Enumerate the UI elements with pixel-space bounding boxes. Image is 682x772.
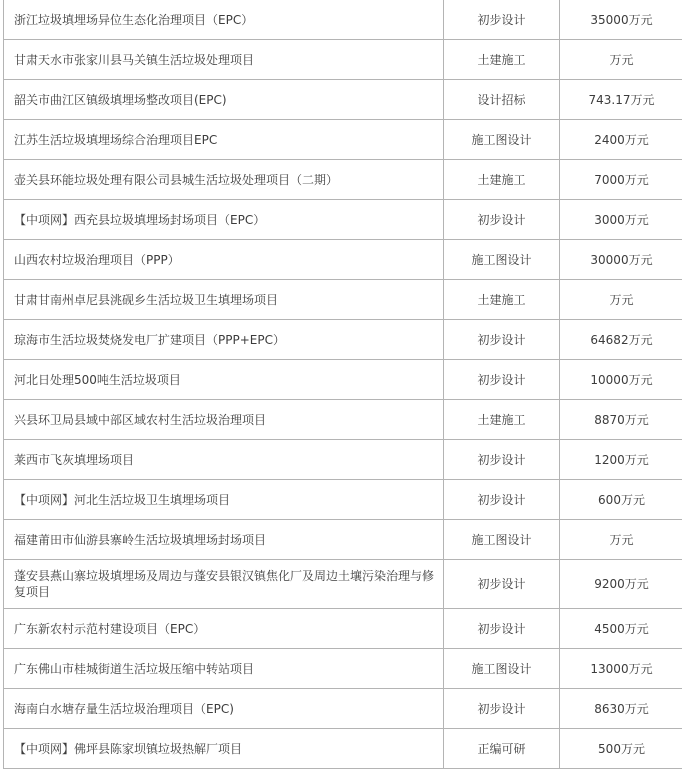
project-name-cell: 韶关市曲江区镇级填埋场整改项目(EPC)	[4, 80, 444, 120]
table-row: 广东佛山市桂城街道生活垃圾压缩中转站项目 施工图设计 13000万元	[4, 649, 682, 689]
project-stage-cell: 正编可研	[444, 729, 560, 769]
project-stage-cell: 土建施工	[444, 400, 560, 440]
project-stage-cell: 初步设计	[444, 0, 560, 40]
table-row: 山西农村垃圾治理项目（PPP） 施工图设计 30000万元	[4, 240, 682, 280]
project-amount-cell: 1200万元	[560, 440, 682, 480]
project-stage-cell: 土建施工	[444, 40, 560, 80]
table-row: 【中项网】河北生活垃圾卫生填埋场项目 初步设计 600万元	[4, 480, 682, 520]
table-row: 甘肃天水市张家川县马关镇生活垃圾处理项目 土建施工 万元	[4, 40, 682, 80]
project-amount-cell: 743.17万元	[560, 80, 682, 120]
project-amount-cell: 64682万元	[560, 320, 682, 360]
table-row: 福建莆田市仙游县寨岭生活垃圾填埋场封场项目 施工图设计 万元	[4, 520, 682, 560]
project-name-cell: 广东佛山市桂城街道生活垃圾压缩中转站项目	[4, 649, 444, 689]
project-name-cell: 广东新农村示范村建设项目（EPC）	[4, 609, 444, 649]
project-amount-cell: 万元	[560, 280, 682, 320]
table-row: 海南白水塘存量生活垃圾治理项目（EPC) 初步设计 8630万元	[4, 689, 682, 729]
project-stage-cell: 土建施工	[444, 160, 560, 200]
project-name-cell: 甘肃天水市张家川县马关镇生活垃圾处理项目	[4, 40, 444, 80]
table-row: 浙江垃圾填埋场异位生态化治理项目（EPC） 初步设计 35000万元	[4, 0, 682, 40]
project-table: 浙江垃圾填埋场异位生态化治理项目（EPC） 初步设计 35000万元 甘肃天水市…	[3, 0, 682, 769]
project-amount-cell: 万元	[560, 520, 682, 560]
project-name-cell: 福建莆田市仙游县寨岭生活垃圾填埋场封场项目	[4, 520, 444, 560]
project-stage-cell: 施工图设计	[444, 520, 560, 560]
project-stage-cell: 施工图设计	[444, 649, 560, 689]
project-amount-cell: 2400万元	[560, 120, 682, 160]
project-amount-cell: 7000万元	[560, 160, 682, 200]
project-name-cell: 莱西市飞灰填埋场项目	[4, 440, 444, 480]
project-amount-cell: 8870万元	[560, 400, 682, 440]
table-row: 江苏生活垃圾填埋场综合治理项目EPC 施工图设计 2400万元	[4, 120, 682, 160]
project-amount-cell: 万元	[560, 40, 682, 80]
table-row: 甘肃甘南州卓尼县洮砚乡生活垃圾卫生填埋场项目 土建施工 万元	[4, 280, 682, 320]
project-name-cell: 甘肃甘南州卓尼县洮砚乡生活垃圾卫生填埋场项目	[4, 280, 444, 320]
project-stage-cell: 施工图设计	[444, 240, 560, 280]
project-stage-cell: 初步设计	[444, 480, 560, 520]
table-row: 韶关市曲江区镇级填埋场整改项目(EPC) 设计招标 743.17万元	[4, 80, 682, 120]
project-name-cell: 山西农村垃圾治理项目（PPP）	[4, 240, 444, 280]
table-row: 兴县环卫局县域中部区域农村生活垃圾治理项目 土建施工 8870万元	[4, 400, 682, 440]
project-stage-cell: 初步设计	[444, 689, 560, 729]
project-amount-cell: 13000万元	[560, 649, 682, 689]
table-row: 琼海市生活垃圾焚烧发电厂扩建项目（PPP+EPC） 初步设计 64682万元	[4, 320, 682, 360]
project-name-cell: 浙江垃圾填埋场异位生态化治理项目（EPC）	[4, 0, 444, 40]
project-stage-cell: 初步设计	[444, 360, 560, 400]
project-stage-cell: 初步设计	[444, 200, 560, 240]
project-name-cell: 江苏生活垃圾填埋场综合治理项目EPC	[4, 120, 444, 160]
project-stage-cell: 初步设计	[444, 609, 560, 649]
project-stage-cell: 设计招标	[444, 80, 560, 120]
table-row: 【中项网】西充县垃圾填埋场封场项目（EPC） 初步设计 3000万元	[4, 200, 682, 240]
project-amount-cell: 600万元	[560, 480, 682, 520]
project-name-cell: 蓬安县燕山寨垃圾填埋场及周边与蓬安县银汉镇焦化厂及周边土壤污染治理与修复项目	[4, 560, 444, 609]
table-row: 壶关县环能垃圾处理有限公司县城生活垃圾处理项目（二期） 土建施工 7000万元	[4, 160, 682, 200]
project-name-cell: 河北日处理500吨生活垃圾项目	[4, 360, 444, 400]
project-amount-cell: 35000万元	[560, 0, 682, 40]
table-row: 河北日处理500吨生活垃圾项目 初步设计 10000万元	[4, 360, 682, 400]
table-row: 蓬安县燕山寨垃圾填埋场及周边与蓬安县银汉镇焦化厂及周边土壤污染治理与修复项目 初…	[4, 560, 682, 609]
project-name-cell: 壶关县环能垃圾处理有限公司县城生活垃圾处理项目（二期）	[4, 160, 444, 200]
project-amount-cell: 9200万元	[560, 560, 682, 609]
project-stage-cell: 初步设计	[444, 560, 560, 609]
project-name-cell: 兴县环卫局县域中部区域农村生活垃圾治理项目	[4, 400, 444, 440]
table-row: 【中项网】佛坪县陈家坝镇垃圾热解厂项目 正编可研 500万元	[4, 729, 682, 769]
project-stage-cell: 施工图设计	[444, 120, 560, 160]
project-amount-cell: 8630万元	[560, 689, 682, 729]
table-row: 广东新农村示范村建设项目（EPC） 初步设计 4500万元	[4, 609, 682, 649]
project-name-cell: 海南白水塘存量生活垃圾治理项目（EPC)	[4, 689, 444, 729]
project-stage-cell: 初步设计	[444, 440, 560, 480]
project-name-cell: 【中项网】河北生活垃圾卫生填埋场项目	[4, 480, 444, 520]
table-row: 莱西市飞灰填埋场项目 初步设计 1200万元	[4, 440, 682, 480]
project-name-cell: 琼海市生活垃圾焚烧发电厂扩建项目（PPP+EPC）	[4, 320, 444, 360]
project-amount-cell: 10000万元	[560, 360, 682, 400]
project-amount-cell: 3000万元	[560, 200, 682, 240]
project-name-cell: 【中项网】佛坪县陈家坝镇垃圾热解厂项目	[4, 729, 444, 769]
project-amount-cell: 30000万元	[560, 240, 682, 280]
project-name-cell: 【中项网】西充县垃圾填埋场封场项目（EPC）	[4, 200, 444, 240]
project-stage-cell: 初步设计	[444, 320, 560, 360]
project-table-body: 浙江垃圾填埋场异位生态化治理项目（EPC） 初步设计 35000万元 甘肃天水市…	[4, 0, 682, 769]
project-amount-cell: 500万元	[560, 729, 682, 769]
project-amount-cell: 4500万元	[560, 609, 682, 649]
project-stage-cell: 土建施工	[444, 280, 560, 320]
